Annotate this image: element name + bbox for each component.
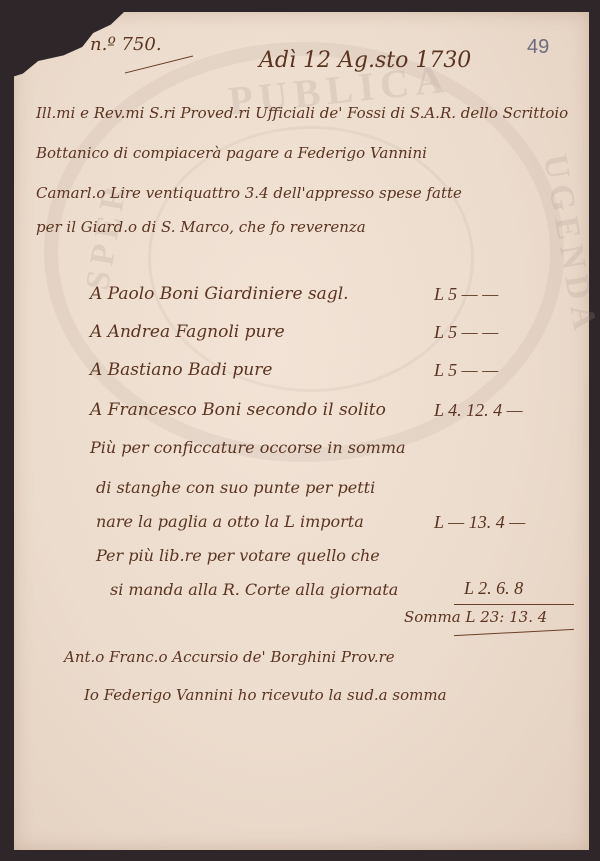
folio-number: 49 [527,36,549,59]
document-number: n.º 750. [90,34,162,55]
seal-inner-ring [148,126,474,392]
entry-1-text: A Paolo Boni Giardiniere sagl. [90,284,349,304]
body-line-1: Ill.mi e Rev.mi S.ri Proved.ri Ufficiali… [36,104,568,122]
entry-3-amount: L 5 — — [434,360,498,381]
seal-right-text: UGENDA [535,151,600,338]
total-underline [454,629,574,636]
entry-4-amount: L 4. 12. 4 — [434,400,523,421]
signature-receiver: Io Federigo Vannini ho ricevuto la sud.a… [84,686,447,704]
entry-2-amount: L 5 — — [434,322,498,343]
document-page: PUBLICA SPER UGENDA n.º 750. Adì 12 Ag.s… [14,12,589,850]
body-line-4: per il Giard.o di S. Marco, che fo rever… [36,218,366,236]
extra-line-3: nare la paglia a otto la L importa [96,512,364,531]
entry-1-amount: L 5 — — [434,284,498,305]
extra-amount-1: L — 13. 4 — [434,512,525,533]
body-line-2: Bottanico di compiacerà pagare a Federig… [36,144,427,162]
extra-line-5: si manda alla R. Corte alla giornata [110,580,398,599]
extra-line-2: di stanghe con suo punte per petti [96,478,375,497]
signature-approver: Ant.o Franc.o Accursio de' Borghini Prov… [64,648,395,666]
body-line-3: Camarl.o Lire ventiquattro 3.4 dell'appr… [36,184,462,202]
entry-2-text: A Andrea Fagnoli pure [90,322,285,342]
extra-amount-2: L 2. 6. 8 [464,578,523,599]
extra-line-4: Per più lib.re per votare quello che [96,546,380,565]
date-line: Adì 12 Ag.sto 1730 [259,48,471,73]
total-line: Somma L 23: 13. 4 [404,608,547,626]
entry-3-text: A Bastiano Badi pure [90,360,272,380]
extra-line-1: Più per conficcature occorse in somma [90,438,406,457]
entry-4-text: A Francesco Boni secondo il solito [90,400,386,420]
sum-rule [454,604,574,605]
